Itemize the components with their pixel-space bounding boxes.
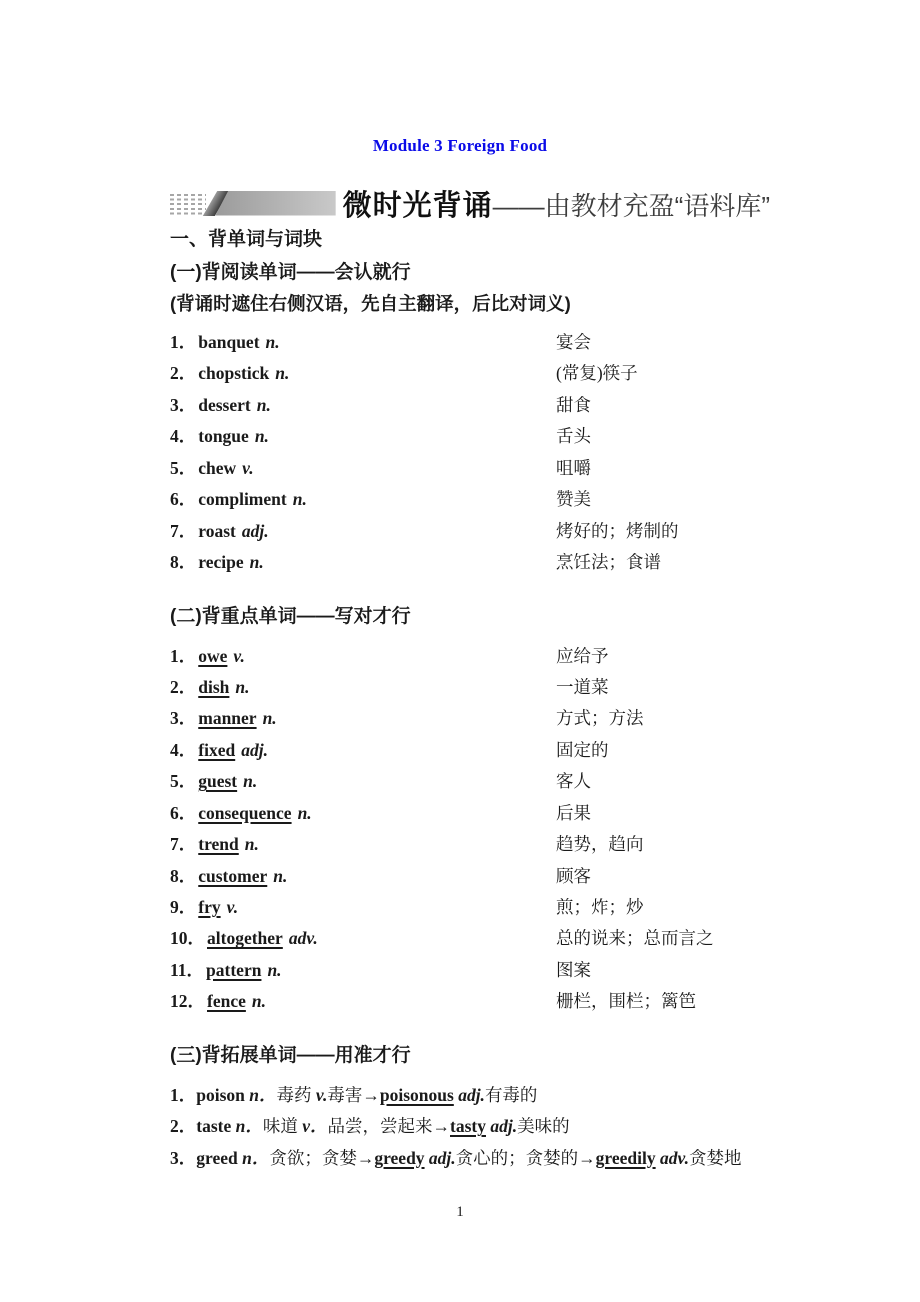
text-segment: n． (236, 1116, 263, 1136)
word-row: 2．chopstickn.(常复)筷子 (170, 358, 760, 389)
word-pos: adv. (289, 928, 318, 948)
word-pos: n. (298, 803, 312, 823)
word-number: 1． (170, 646, 196, 666)
word-row: 3．mannern.方式；方法 (170, 703, 760, 734)
word-text: consequence (198, 803, 291, 823)
word-meaning: 烤好的；烤制的 (556, 516, 679, 547)
word-text: altogether (207, 928, 283, 948)
word-number: 5． (170, 771, 196, 791)
banner-text: 微时光背诵 ——由教材充盈“语料库” (343, 183, 770, 224)
word-row: 4．tonguen.舌头 (170, 421, 760, 452)
word-pos: n. (266, 332, 280, 352)
section1-note: (背诵时遮住右侧汉语，先自主翻译，后比对词义) (170, 293, 760, 315)
section1-words: 1．banquetn.宴会2．chopstickn.(常复)筷子3．desser… (170, 327, 760, 579)
word-row: 8．customern.顾客 (170, 861, 760, 892)
text-segment: → (578, 1148, 596, 1168)
word-row: 1．owev.应给予 (170, 641, 760, 672)
word-number: 5． (170, 458, 196, 478)
word-row: 4．fixedadj.固定的 (170, 735, 760, 766)
text-segment: adv. (660, 1148, 689, 1168)
word-number: 1． (170, 332, 196, 352)
word-pos: n. (235, 677, 249, 697)
text-segment: → (362, 1085, 380, 1105)
word-row: 1．banquetn.宴会 (170, 327, 760, 358)
word-row: 7．trendn.趋势，趋向 (170, 829, 760, 860)
word-text: dessert (198, 395, 250, 415)
text-segment: adj. (458, 1085, 485, 1105)
word-row: 12．fencen.栅栏，围栏；篱笆 (170, 986, 760, 1017)
word-pos: n. (293, 489, 307, 509)
word-number: 7． (170, 834, 196, 854)
banner-bar-decoration (215, 191, 335, 216)
word-pos: n. (243, 771, 257, 791)
text-segment: taste (196, 1116, 235, 1136)
word-meaning: 煎；炸；炒 (556, 892, 644, 923)
word-meaning: 客人 (556, 766, 591, 797)
word-number: 2． (170, 363, 196, 383)
word-pos: n. (275, 363, 289, 383)
expansion-row: 3．greed n．贪欲；贪婪→greedy adj.贪心的；贪婪的→greed… (170, 1143, 760, 1174)
banner: 微时光背诵 ——由教材充盈“语料库” (170, 186, 770, 220)
word-text: chopstick (198, 363, 269, 383)
word-meaning: 甜食 (556, 390, 591, 421)
word-number: 4． (170, 426, 196, 446)
word-meaning: 后果 (556, 798, 591, 829)
word-pos: v. (233, 646, 245, 666)
expansion-row: 1．poison n．毒药 v.毒害→poisonous adj.有毒的 (170, 1080, 760, 1111)
word-text: recipe (198, 552, 243, 572)
word-row: 3．dessertn.甜食 (170, 390, 760, 421)
word-meaning: 图案 (556, 955, 591, 986)
word-text: chew (198, 458, 236, 478)
word-pos: n. (245, 834, 259, 854)
word-meaning: 烹饪法；食谱 (556, 547, 661, 578)
word-row: 11．patternn.图案 (170, 955, 760, 986)
text-segment: 味道 (263, 1116, 302, 1136)
text-segment: 贪婪地 (689, 1148, 742, 1168)
document-page: Module 3 Foreign Food 微时光背诵 ——由教材充盈“语料库”… (0, 0, 920, 1302)
word-number: 10． (170, 928, 205, 948)
text-segment: v． (302, 1116, 327, 1136)
word-meaning: (常复)筷子 (556, 358, 638, 389)
text-segment: n． (242, 1148, 269, 1168)
word-text: owe (198, 646, 227, 666)
section1-heading: (一)背阅读单词——会认就行 (170, 261, 760, 285)
word-text: trend (198, 834, 239, 854)
word-number: 9． (170, 897, 196, 917)
word-pos: v. (227, 897, 239, 917)
word-pos: v. (242, 458, 254, 478)
word-row: 7．roastadj.烤好的；烤制的 (170, 516, 760, 547)
word-number: 2． (170, 677, 196, 697)
word-number: 6． (170, 489, 196, 509)
word-pos: n. (263, 708, 277, 728)
word-meaning: 方式；方法 (556, 703, 644, 734)
word-row: 6．complimentn.赞美 (170, 484, 760, 515)
word-meaning: 宴会 (556, 327, 591, 358)
word-meaning: 栅栏，围栏；篱笆 (556, 986, 696, 1017)
word-text: roast (198, 521, 236, 541)
section2-heading: (二)背重点单词——写对才行 (170, 605, 760, 629)
word-text: fence (207, 991, 246, 1011)
section2-words: 1．owev.应给予2．dishn.一道菜3．mannern.方式；方法4．fi… (170, 641, 760, 1018)
word-text: pattern (206, 960, 261, 980)
word-row: 6．consequencen.后果 (170, 798, 760, 829)
text-segment: poisonous (380, 1085, 454, 1105)
word-number: 3． (170, 708, 196, 728)
word-pos: n. (267, 960, 281, 980)
section3-items: 1．poison n．毒药 v.毒害→poisonous adj.有毒的2．ta… (170, 1080, 760, 1174)
word-number: 12． (170, 991, 205, 1011)
word-number: 3． (170, 1148, 196, 1168)
text-segment: v. (316, 1085, 328, 1105)
word-text: tongue (198, 426, 249, 446)
word-pos: n. (250, 552, 264, 572)
text-segment: → (357, 1148, 375, 1168)
word-number: 1． (170, 1085, 196, 1105)
word-pos: n. (255, 426, 269, 446)
word-meaning: 固定的 (556, 735, 609, 766)
text-segment: 贪心的；贪婪的 (456, 1148, 579, 1168)
word-pos: adj. (241, 740, 268, 760)
text-segment: 毒药 (277, 1085, 316, 1105)
text-segment: tasty (450, 1116, 486, 1136)
main-heading: 一、背单词与词块 (170, 228, 760, 252)
text-segment: greedy (374, 1148, 424, 1168)
word-number: 3． (170, 395, 196, 415)
expansion-row: 2．taste n．味道 v．品尝，尝起来→tasty adj.美味的 (170, 1111, 760, 1142)
word-number: 7． (170, 521, 196, 541)
word-row: 9．fryv.煎；炸；炒 (170, 892, 760, 923)
word-row: 10．altogetheradv.总的说来；总而言之 (170, 923, 760, 954)
word-number: 8． (170, 552, 196, 572)
word-meaning: 一道菜 (556, 672, 609, 703)
text-segment: greed (196, 1148, 242, 1168)
word-meaning: 咀嚼 (556, 453, 591, 484)
text-segment: adj. (490, 1116, 517, 1136)
word-pos: n. (252, 991, 266, 1011)
word-number: 2． (170, 1116, 196, 1136)
banner-subtitle: ——由教材充盈“语料库” (493, 186, 770, 223)
word-number: 6． (170, 803, 196, 823)
text-segment: 贪欲；贪婪 (269, 1148, 357, 1168)
word-meaning: 顾客 (556, 861, 591, 892)
word-text: fry (198, 897, 220, 917)
word-meaning: 应给予 (556, 641, 609, 672)
word-text: fixed (198, 740, 235, 760)
word-row: 8．recipen.烹饪法；食谱 (170, 547, 760, 578)
word-number: 11． (170, 960, 204, 980)
text-segment: adj. (429, 1148, 456, 1168)
text-segment: 美味的 (517, 1116, 570, 1136)
text-segment: → (433, 1116, 451, 1136)
content-area: 一、背单词与词块 (一)背阅读单词——会认就行 (背诵时遮住右侧汉语，先自主翻译… (170, 228, 760, 1174)
text-segment: poison (196, 1085, 249, 1105)
text-segment: 有毒的 (485, 1085, 538, 1105)
word-pos: n. (257, 395, 271, 415)
word-text: banquet (198, 332, 259, 352)
text-segment: 品尝，尝起来 (328, 1116, 433, 1136)
page-title: Module 3 Foreign Food (0, 136, 920, 156)
word-text: compliment (198, 489, 286, 509)
section3-heading: (三)背拓展单词——用准才行 (170, 1044, 760, 1068)
word-pos: n. (273, 866, 287, 886)
word-text: guest (198, 771, 237, 791)
word-text: customer (198, 866, 267, 886)
word-row: 2．dishn.一道菜 (170, 672, 760, 703)
word-meaning: 舌头 (556, 421, 591, 452)
word-number: 8． (170, 866, 196, 886)
word-row: 5．guestn.客人 (170, 766, 760, 797)
banner-title: 微时光背诵 (343, 183, 493, 224)
word-text: dish (198, 677, 229, 697)
word-meaning: 总的说来；总而言之 (556, 923, 714, 954)
word-meaning: 趋势，趋向 (556, 829, 644, 860)
text-segment: n． (249, 1085, 276, 1105)
word-text: manner (198, 708, 256, 728)
word-meaning: 赞美 (556, 484, 591, 515)
page-number: 1 (0, 1204, 920, 1221)
banner-dots-decoration (170, 194, 206, 215)
text-segment: 毒害 (327, 1085, 362, 1105)
word-pos: adj. (242, 521, 269, 541)
word-row: 5．chewv.咀嚼 (170, 453, 760, 484)
text-segment: greedily (596, 1148, 656, 1168)
word-number: 4． (170, 740, 196, 760)
